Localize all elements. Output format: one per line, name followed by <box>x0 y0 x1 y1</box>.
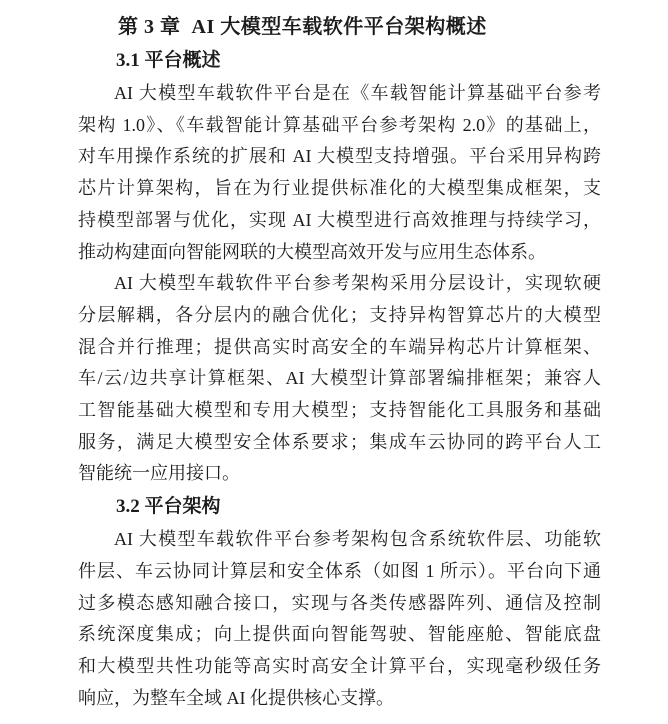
body-line: AI 大模型车载软件平台是在《车载智能计算基础平台参考 <box>78 78 601 110</box>
body-line: AI 大模型车载软件平台参考架构包含系统软件层、功能软 <box>78 524 601 556</box>
body-line: 工智能基础大模型和专用大模型；支持智能化工具服务和基础 <box>78 395 601 427</box>
body-line: 架构 1.0》、《车载智能计算基础平台参考架构 2.0》的基础上， <box>78 110 601 142</box>
paragraph: AI 大模型车载软件平台参考架构采用分层设计，实现软硬 分层解耦，各分层内的融合… <box>78 268 601 490</box>
body-line: 混合并行推理；提供高实时高安全的车端异构芯片计算框架、 <box>78 332 601 364</box>
document-page: 第 3 章 AI 大模型车载软件平台架构概述 3.1 平台概述 AI 大模型车载… <box>0 0 668 724</box>
body-line: 和大模型共性功能等高实时高安全计算平台，实现毫秒级任务 <box>78 651 601 683</box>
body-line: 智能统一应用接口。 <box>78 458 601 490</box>
body-line: 过多模态感知融合接口，实现与各类传感器阵列、通信及控制 <box>78 588 601 620</box>
body-line: 服务，满足大模型安全体系要求；集成车云协同的跨平台人工 <box>78 427 601 459</box>
body-line: 分层解耦，各分层内的融合优化；支持异构智算芯片的大模型 <box>78 300 601 332</box>
body-line: 芯片计算架构，旨在为行业提供标准化的大模型集成框架，支 <box>78 173 601 205</box>
body-line: 件层、车云协同计算层和安全体系（如图 1 所示）。平台向下通 <box>78 556 601 588</box>
body-line: 持模型部署与优化，实现 AI 大模型进行高效推理与持续学习， <box>78 205 601 237</box>
section-heading-3-2: 3.2 平台架构 <box>78 490 601 524</box>
section-heading-3-1: 3.1 平台概述 <box>78 44 601 78</box>
body-line: 系统深度集成；向上提供面向智能驾驶、智能座舱、智能底盘 <box>78 619 601 651</box>
paragraph: AI 大模型车载软件平台参考架构包含系统软件层、功能软 件层、车云协同计算层和安… <box>78 524 601 714</box>
paragraph: AI 大模型车载软件平台是在《车载智能计算基础平台参考 架构 1.0》、《车载智… <box>78 78 601 268</box>
body-line: AI 大模型车载软件平台参考架构采用分层设计，实现软硬 <box>78 268 601 300</box>
body-line: 推动构建面向智能网联的大模型高效开发与应用生态体系。 <box>78 237 601 269</box>
body-line: 响应，为整车全域 AI 化提供核心支撑。 <box>78 683 601 715</box>
body-line: 车/云/边共享计算框架、AI 大模型计算部署编排框架；兼容人 <box>78 363 601 395</box>
body-line: 对车用操作系统的扩展和 AI 大模型支持增强。平台采用异构跨 <box>78 141 601 173</box>
chapter-title: 第 3 章 AI 大模型车载软件平台架构概述 <box>78 10 601 44</box>
